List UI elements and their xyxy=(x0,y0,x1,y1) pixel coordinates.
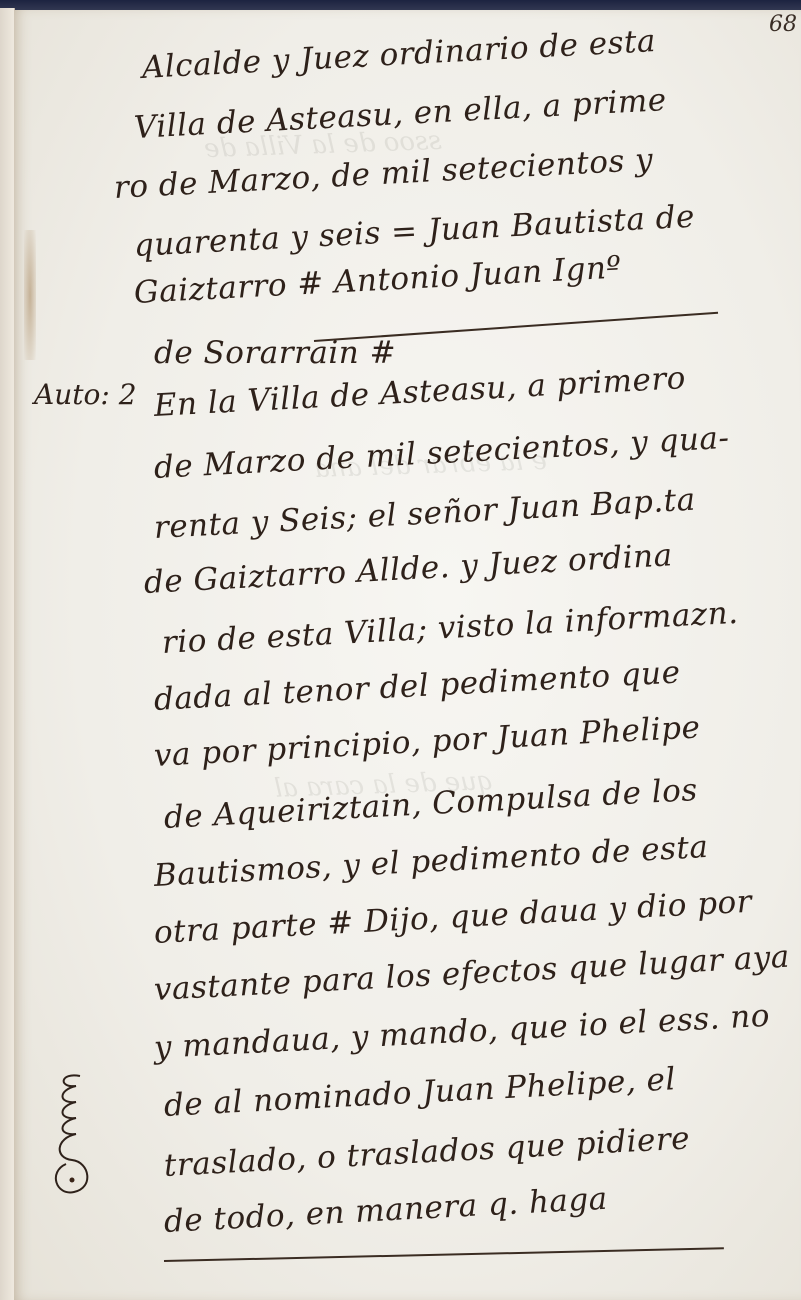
manuscript-line: de Gaiztarro Allde. y Juez ordina xyxy=(143,537,673,601)
manuscript-line: va por principio, por Juan Phelipe xyxy=(153,709,701,774)
manuscript-line: renta y Seis; el señor Juan Bap.ta xyxy=(153,482,696,546)
manuscript-page: ssoo de la Villa de e la ebrar del ana q… xyxy=(14,10,801,1300)
manuscript-line: Alcalde y Juez ordinario de esta xyxy=(141,23,657,86)
manuscript-line: rio de esta Villa; visto la informazn. xyxy=(161,595,739,661)
manuscript-line: de todo, en manera q. haga xyxy=(163,1181,608,1240)
manuscript-line: traslado, o traslados que pidiere xyxy=(163,1120,691,1184)
manuscript-line: Bautismos, y el pedimento de esta xyxy=(153,829,709,894)
folio-number: 68 xyxy=(769,12,797,37)
manuscript-line: dada al tenor del pedimento que xyxy=(153,654,681,718)
water-stain xyxy=(24,230,36,360)
section-rule xyxy=(314,312,718,342)
closing-rule xyxy=(164,1247,724,1261)
manuscript-line: vastante para los efectos que lugar aya xyxy=(153,939,791,1008)
manuscript-line: y mandaua, y mando, que io el ess. no xyxy=(153,998,771,1066)
manuscript-line: de al nominado Juan Phelipe, el xyxy=(163,1061,677,1124)
facing-page-edge xyxy=(0,8,15,1300)
margin-note: Auto: 2 xyxy=(34,378,137,411)
manuscript-line: de Sorarrain # xyxy=(154,335,396,371)
manuscript-line: otra parte # Dijo, que daua y dio por xyxy=(153,884,753,951)
rubric-flourish-icon xyxy=(50,1068,96,1198)
